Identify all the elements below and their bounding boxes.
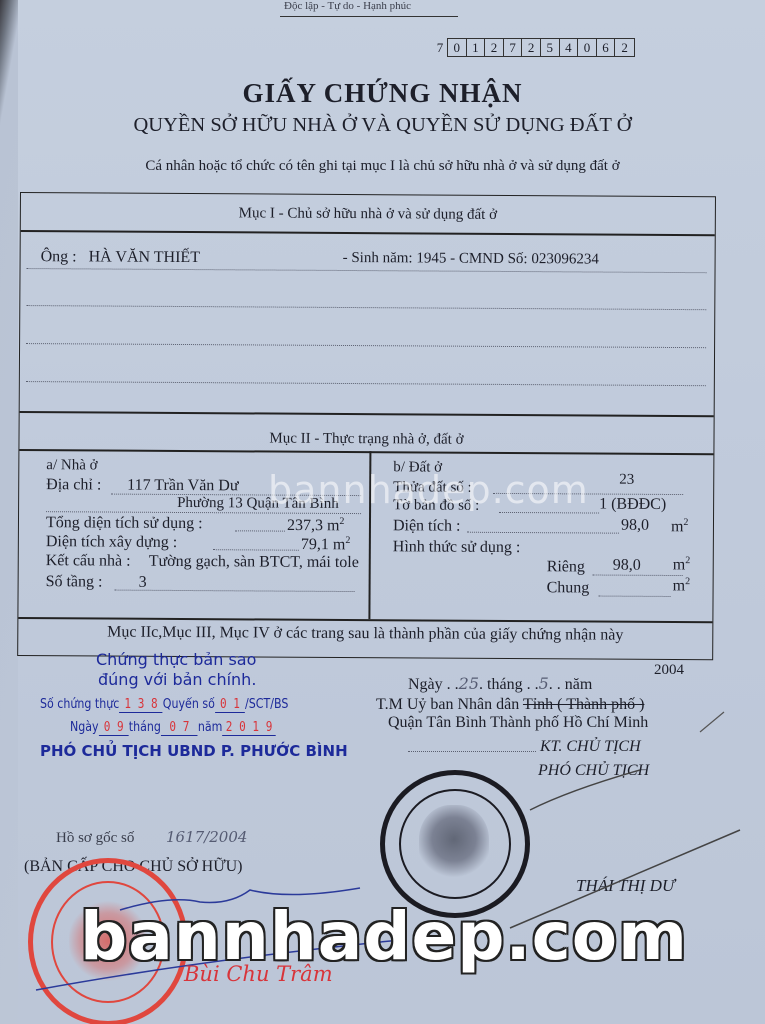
watermark: bannhadep.com — [80, 898, 688, 975]
signature-strokes — [0, 0, 765, 1024]
